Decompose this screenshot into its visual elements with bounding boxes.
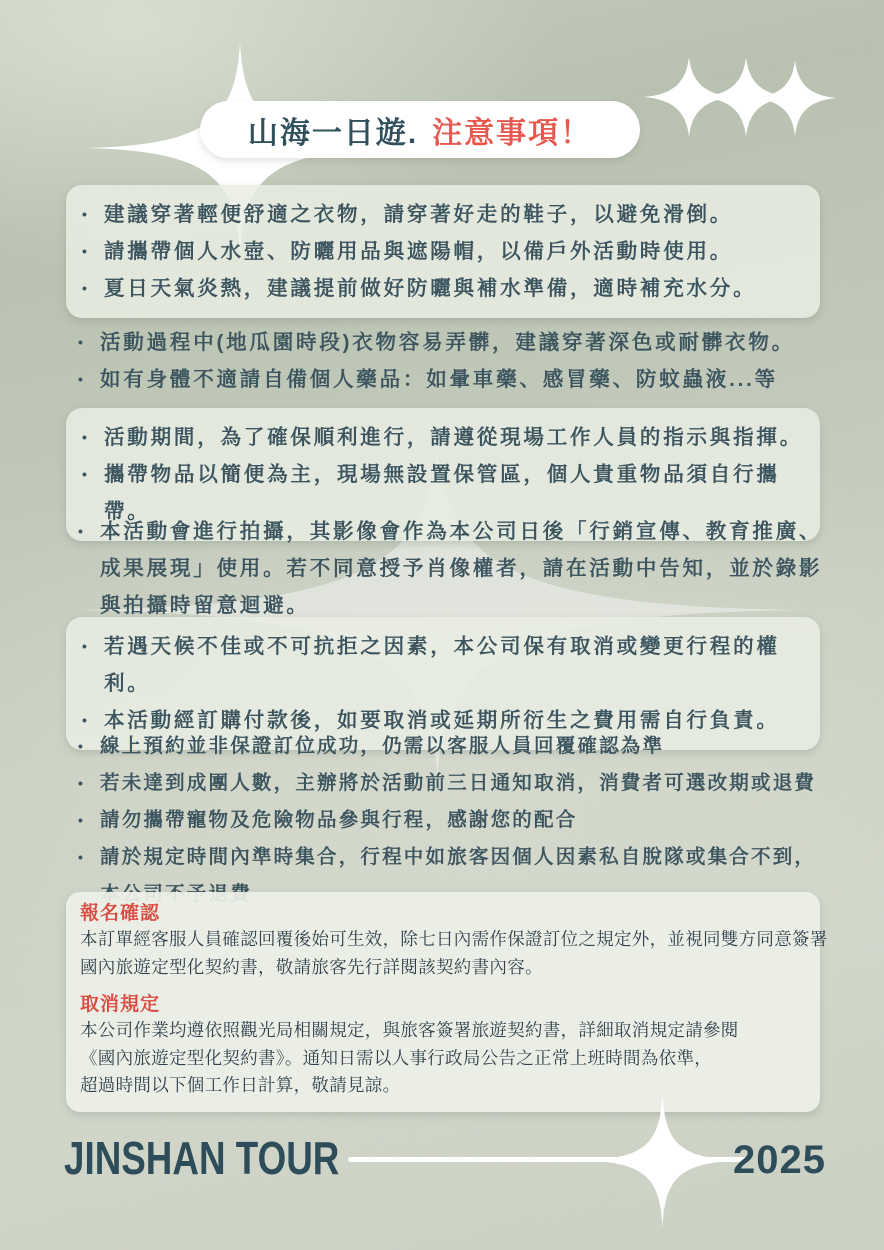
tour-notice-poster: 山海一日遊. 注意事項！ 建議穿著輕便舒適之衣物，請穿著好走的鞋子，以避免滑倒。… xyxy=(0,0,884,1250)
bullet-text: 若未達到成團人數，主辦將於活動前三日通知取消，消費者可選改期或退費 xyxy=(100,765,816,802)
page-title: 山海一日遊. xyxy=(248,108,418,152)
registration-text-line: 國內旅遊定型化契約書，敬請旅客先行詳閱該契約書內容。 xyxy=(80,954,806,982)
bullet-text: 請攜帶個人水壺、防曬用品與遮陽帽，以備戶外活動時使用。 xyxy=(104,233,733,270)
title-pill: 山海一日遊. 注意事項！ xyxy=(200,101,640,158)
bullet-item: 活動期間，為了確保順利進行，請遵從現場工作人員的指示與指揮。 xyxy=(82,419,804,456)
bullet-text: 建議穿著輕便舒適之衣物，請穿著好走的鞋子，以避免滑倒。 xyxy=(104,196,733,233)
registration-text-line: 本訂單經客服人員確認回覆後始可生效，除七日內需作保證訂位之規定外，並視同雙方同意… xyxy=(80,926,806,954)
bullet-text: 夏日天氣炎熱，建議提前做好防曬與補水準備，適時補充水分。 xyxy=(104,270,756,307)
sparkle-icon xyxy=(753,60,837,136)
footer-divider-line xyxy=(348,1157,746,1162)
bullet-text: 請勿攜帶寵物及危險物品參與行程，感謝您的配合 xyxy=(100,802,577,839)
bullet-item: 若未達到成團人數，主辦將於活動前三日通知取消，消費者可選改期或退費 xyxy=(78,765,828,802)
bullet-item: 本活動會進行拍攝，其影像會作為本公司日後「行銷宣傳、教育推廣、成果展現」使用。若… xyxy=(78,513,836,624)
page-title-accent: 注意事項！ xyxy=(432,108,592,152)
bullet-item: 活動過程中(地瓜園時段)衣物容易弄髒，建議穿著深色或耐髒衣物。 xyxy=(78,324,836,361)
bullet-text: 如有身體不適請自備個人藥品：如暈車藥、感冒藥、防蚊蟲液...等 xyxy=(100,361,778,398)
notice-group-booking: 線上預約並非保證訂位成功，仍需以客服人員回覆確認為準 若未達到成團人數，主辦將於… xyxy=(78,728,828,913)
cancellation-text-line: 本公司作業均遵依照觀光局相關規定，與旅客簽署旅遊契約書，詳細取消規定請參閱 xyxy=(80,1017,806,1045)
bullet-text: 線上預約並非保證訂位成功，仍需以客服人員回覆確認為準 xyxy=(100,728,664,765)
cancellation-text-line: 《國內旅遊定型化契約書》。通知日需以人事行政局公告之正常上班時間為依準， xyxy=(80,1045,806,1073)
notice-card-clothing: 建議穿著輕便舒適之衣物，請穿著好走的鞋子，以避免滑倒。 請攜帶個人水壺、防曬用品… xyxy=(66,185,820,318)
sparkle-icon xyxy=(644,57,734,137)
sparkle-icon xyxy=(701,57,791,137)
bullet-text: 若遇天候不佳或不可抗拒之因素，本公司保有取消或變更行程的權利。 xyxy=(104,628,804,702)
brand-name: JINSHAN TOUR xyxy=(64,1131,339,1185)
bullet-text: 活動期間，為了確保順利進行，請遵從現場工作人員的指示與指揮。 xyxy=(104,419,803,456)
registration-heading: 報名確認 xyxy=(80,902,806,926)
bullet-text: 本活動會進行拍攝，其影像會作為本公司日後「行銷宣傳、教育推廣、成果展現」使用。若… xyxy=(100,513,836,624)
bullet-item: 建議穿著輕便舒適之衣物，請穿著好走的鞋子，以避免滑倒。 xyxy=(82,196,804,233)
bullet-text: 活動過程中(地瓜園時段)衣物容易弄髒，建議穿著深色或耐髒衣物。 xyxy=(100,324,795,361)
bullet-item: 夏日天氣炎熱，建議提前做好防曬與補水準備，適時補充水分。 xyxy=(82,270,804,307)
bullet-item: 如有身體不適請自備個人藥品：如暈車藥、感冒藥、防蚊蟲液...等 xyxy=(78,361,836,398)
cancellation-heading: 取消規定 xyxy=(80,993,806,1017)
bullet-item: 請攜帶個人水壺、防曬用品與遮陽帽，以備戶外活動時使用。 xyxy=(82,233,804,270)
notice-group-health: 活動過程中(地瓜園時段)衣物容易弄髒，建議穿著深色或耐髒衣物。 如有身體不適請自… xyxy=(78,324,836,398)
divider-space xyxy=(80,981,806,993)
year-label: 2025 xyxy=(733,1138,826,1183)
notice-group-photography: 本活動會進行拍攝，其影像會作為本公司日後「行銷宣傳、教育推廣、成果展現」使用。若… xyxy=(78,513,836,624)
bullet-item: 若遇天候不佳或不可抗拒之因素，本公司保有取消或變更行程的權利。 xyxy=(82,628,804,702)
bullet-item: 線上預約並非保證訂位成功，仍需以客服人員回覆確認為準 xyxy=(78,728,828,765)
cancellation-text-line: 超過時間以下個工作日計算，敬請見諒。 xyxy=(80,1072,806,1100)
terms-card: 報名確認 本訂單經客服人員確認回覆後始可生效，除七日內需作保證訂位之規定外，並視… xyxy=(66,892,820,1112)
bullet-item: 請勿攜帶寵物及危險物品參與行程，感謝您的配合 xyxy=(78,802,828,839)
